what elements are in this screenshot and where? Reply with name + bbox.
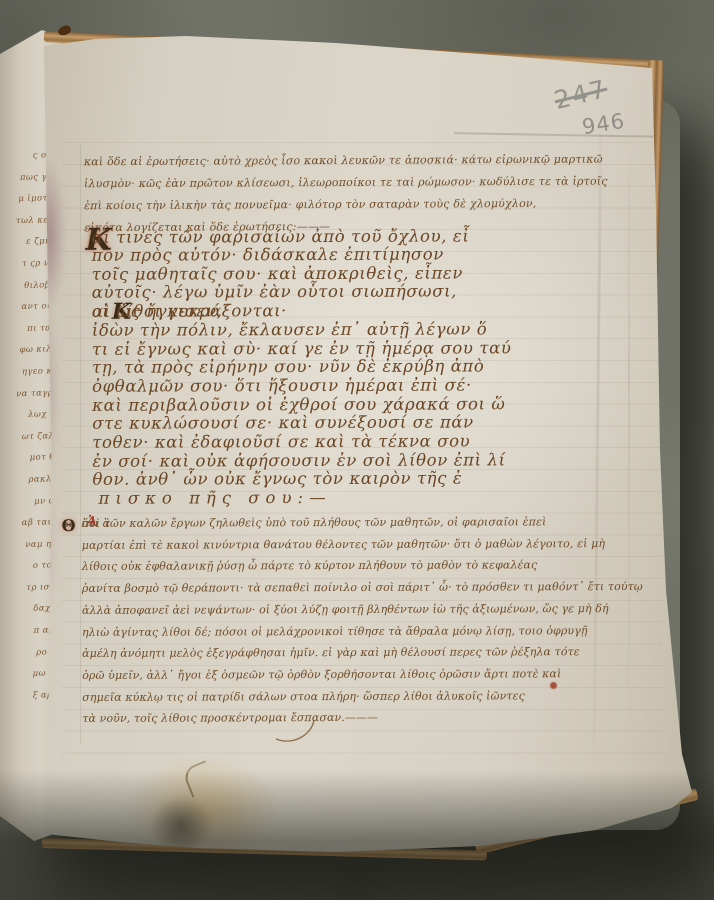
marginal-initial-theta: Θ bbox=[62, 515, 76, 537]
text-line: τῃ, τὰ πρὸς εἰρήνην σου· νῦν δὲ ἐκρύβη ἀ… bbox=[92, 357, 542, 377]
text-fragment: ηγεο κ bbox=[0, 361, 53, 384]
gospel-text: Κ αί τινες τῶν φαρισαίων ἀπὸ τοῦ ὄχλου, … bbox=[92, 227, 543, 490]
gospel-lines-upper: πον πρὸς αὐτόν· διδάσκαλε ἐπιτίμησοντοῖς… bbox=[92, 245, 542, 303]
text-fragment: τρ ισ ν bbox=[0, 577, 59, 600]
text-fragment: ωτ ζαλ bbox=[0, 426, 55, 449]
commentary-line: τὰ νοῦν, τοῖς λίθοις προσκέντρομαι ἔσπασ… bbox=[82, 706, 606, 730]
manuscript-photo: ς οπως γμ ἱμοττωλ κεε ζμιτ ϛρ νθιλοβαντ … bbox=[0, 0, 714, 900]
commentary-line: σημεῖα κύκλῳ τις οἱ πατρίδι σάλων στοα π… bbox=[82, 685, 606, 709]
commentary-line: ῥανίτα βοσμὸ τῷ θεράποντι· τὰ σεπαθεὶ πο… bbox=[82, 576, 606, 600]
text-line-content: αὶ ὡς ἤγγισεν, bbox=[92, 302, 223, 321]
commentary-line: ποὶ τῶν καλῶν ἔργων ζηλωθεὶς ὑπὸ τοῦ πλή… bbox=[82, 511, 606, 535]
text-fragment: ναμ ηλ bbox=[0, 534, 58, 557]
text-fragment: πι τα bbox=[0, 318, 52, 341]
text-line: ὀφθαλμῶν σου· ὅτι ἥξουσιν ἡμέραι ἐπὶ σέ· bbox=[92, 376, 542, 396]
bottom-shadow bbox=[0, 770, 714, 900]
text-fragment: ρακλι bbox=[0, 469, 56, 492]
recto-page: 247 946 καὶ ὅδε αἱ ἐρωτήσεις· αὐτὸ χρεὸς… bbox=[36, 30, 696, 854]
commentary-line: ἐπὶ κοίοις τὴν ἰλικὴν τὰς πονυεῖμα· φιλό… bbox=[84, 193, 570, 218]
text-fragment: ς ο bbox=[0, 145, 47, 168]
text-line-content: αί τινες τῶν φαρισαίων ἀπὸ τοῦ ὄχλου, εἶ bbox=[92, 227, 470, 247]
text-fragment: να ταγρ bbox=[0, 383, 53, 406]
parchment-crease bbox=[454, 132, 666, 137]
commentary-line: μαρτίαι ἐπὶ τὲ κακοὶ κινύντρια θανάτου θ… bbox=[82, 533, 606, 557]
text-fragment: αντ οι bbox=[0, 296, 51, 319]
text-line: Κ αί τινες τῶν φαρισαίων ἀπὸ τοῦ ὄχλου, … bbox=[92, 227, 542, 247]
parchment-crease bbox=[628, 110, 630, 770]
text-line: θον. ἀνθ᾽ ὧν οὐκ ἔγνως τὸν καιρὸν τῆς ἐ bbox=[92, 470, 542, 490]
text-fragment: μοτ θ bbox=[0, 447, 55, 470]
text-fragment: ε ζμι bbox=[0, 232, 49, 255]
commentary-line-content: ὅτι ἃ bbox=[82, 513, 111, 535]
text-line: ἰδὼν τὴν πόλιν, ἔκλαυσεν ἐπ᾽ αὐτῇ λέγων … bbox=[92, 320, 542, 340]
text-fragment: φω κιλ bbox=[0, 340, 52, 363]
commentary-line: ὁρῶ ὑμεῖν, ἀλλ᾽ ἤγοι ἐξ ὀσμεῶν τῷ ὀρθὸν … bbox=[82, 663, 606, 687]
text-line: καὶ περιβαλοῦσιν οἱ ἐχθροί σου χάρακά σο… bbox=[92, 395, 542, 415]
text-fragment: λωχ ι bbox=[0, 404, 54, 427]
text-line-final: πισκο πῆς σου:— bbox=[92, 489, 331, 509]
gospel-lines-lower: ἰδὼν τὴν πόλιν, ἔκλαυσεν ἐπ᾽ αὐτῇ λέγων … bbox=[92, 320, 543, 490]
upper-commentary: καὶ ὅδε αἱ ἐρωτήσεις· αὐτὸ χρεὸς ἶσο κακ… bbox=[84, 149, 570, 240]
text-line: οἱ λίθοι κεκράξονται· Κ αὶ ὡς ἤγγισεν, bbox=[92, 301, 542, 321]
text-fragment: μ ἱμοτ bbox=[0, 188, 48, 211]
commentary-line: λίθοις οὐκ ἐφθαλανικῇ ῥύσῃ ὦ πάρτε τὸ κύ… bbox=[82, 554, 606, 578]
commentary-lines: μαρτίαι ἐπὶ τὲ κακοὶ κινύντρια θανάτου θ… bbox=[82, 533, 607, 730]
ruling-vertical-line bbox=[80, 144, 81, 744]
commentary-line: ἀλλὰ ἀποφανεῖ ἀεὶ νεψάντων· οἱ ξύοι λύζῃ… bbox=[82, 598, 606, 622]
text-fragment: μν ω bbox=[0, 491, 56, 514]
text-fragment: ο τολ bbox=[0, 555, 58, 578]
text-line: πον πρὸς αὐτόν· διδάσκαλε ἐπιτίμησον bbox=[92, 245, 542, 265]
lower-commentary: Θ ποὶ τῶν καλῶν ἔργων ζηλωθεὶς ὑπὸ τοῦ π… bbox=[82, 511, 607, 730]
commentary-line: καὶ ὅδε αἱ ἐρωτήσεις· αὐτὸ χρεὸς ἶσο κακ… bbox=[84, 149, 570, 174]
text-line: στε κυκλώσουσί σε· καὶ συνέξουσί σε πάν bbox=[92, 414, 542, 434]
commentary-line: ηλιὼ ἁγίντας λίθοι δέ; πόσοι οἱ μελάχρον… bbox=[82, 620, 606, 644]
text-fragment: πως γ bbox=[0, 167, 47, 190]
scribal-flourish bbox=[262, 718, 322, 750]
text-fragment: αβ ταιρ bbox=[0, 512, 57, 535]
commentary-line-content: ποὶ τῶν καλῶν ἔργων ζηλωθεὶς ὑπὸ τοῦ πλή… bbox=[82, 511, 547, 534]
text-fragment: τ ϛρ ν bbox=[0, 253, 50, 276]
text-fragment: τωλ κε bbox=[0, 210, 49, 233]
commentary-line: ἀμέλη ἀνόμητι μελὸς ἐξεγράφθησαι ἡμῖν. ε… bbox=[82, 641, 606, 665]
text-line: αὐτοῖς· λέγω ὑμῖν ἐὰν οὗτοι σιωπήσωσι, bbox=[92, 283, 542, 303]
text-fragment: θιλοβ bbox=[0, 275, 50, 298]
commentary-line: ἰλυσμὸν· κῶς ἐὰν πρῶτον κλίσεωσι, ἱλεωρο… bbox=[84, 171, 570, 196]
